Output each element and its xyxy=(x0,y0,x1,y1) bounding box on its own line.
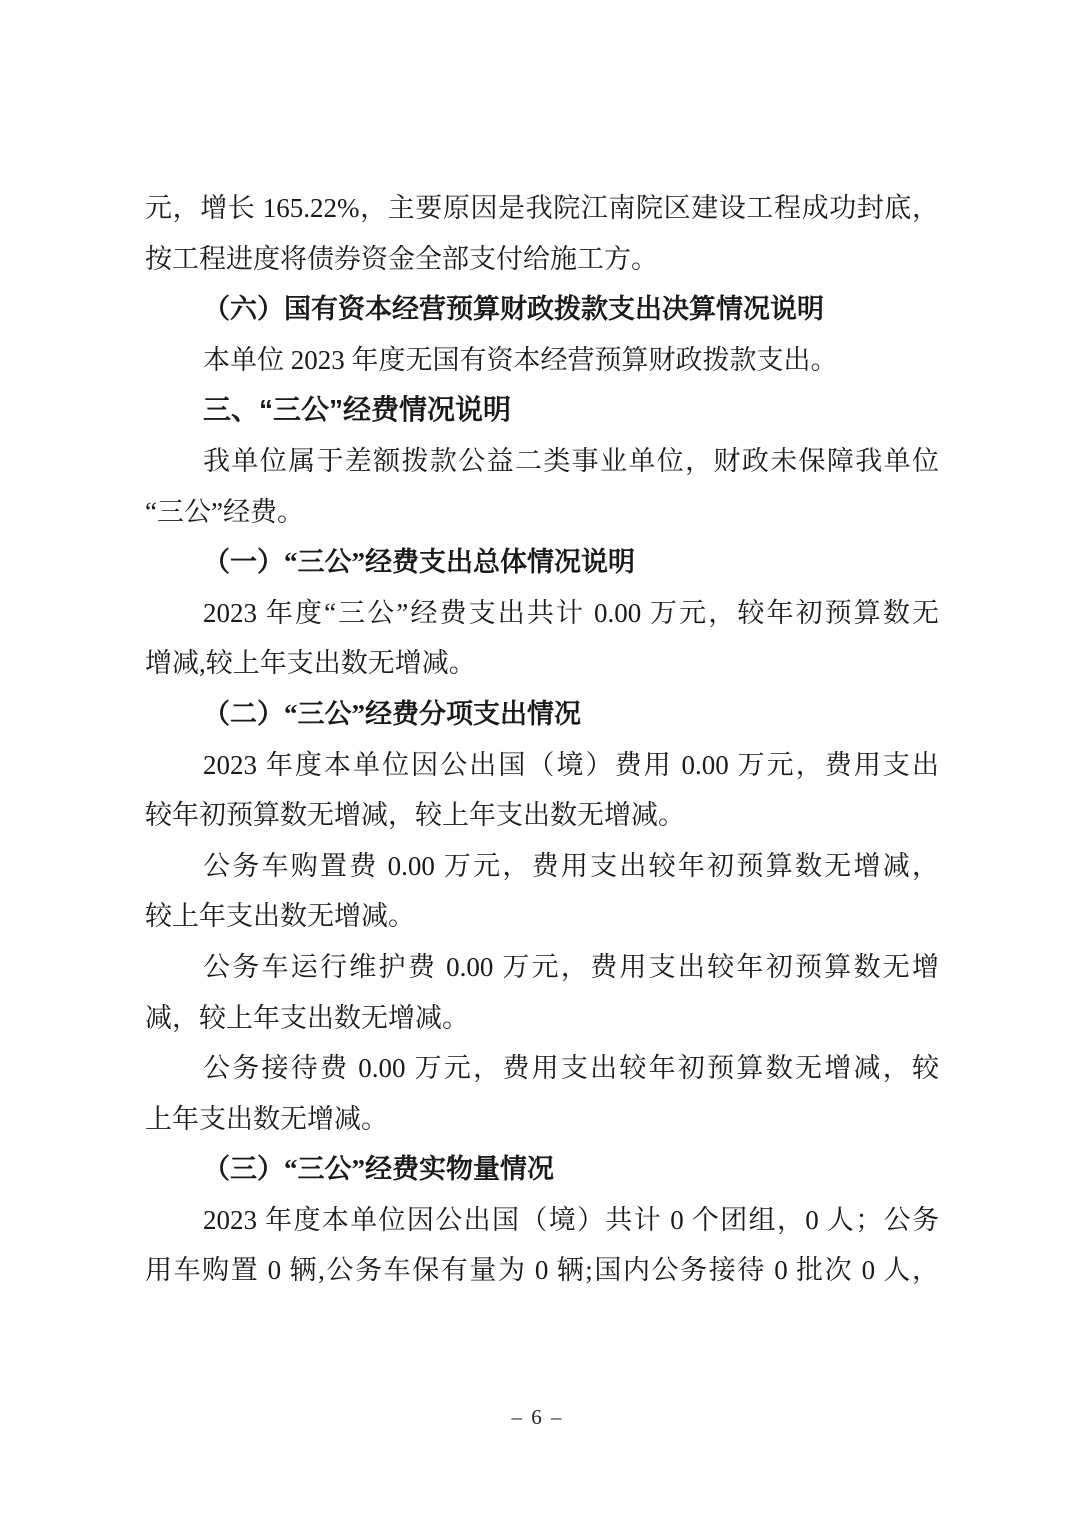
document-body: 元，增长 165.22%，主要原因是我院江南院区建设工程成功封底， 按工程进度将… xyxy=(145,183,939,1296)
text-line: 增减,较上年支出数无增减。 xyxy=(145,638,939,689)
text-line: 较年初预算数无增减，较上年支出数无增减。 xyxy=(145,790,939,841)
page-number: – 6 – xyxy=(512,1405,564,1429)
text-line: “三公”经费。 xyxy=(145,487,939,538)
section-heading: （一）“三公”经费支出总体情况说明 xyxy=(145,537,939,588)
section-heading: （三）“三公”经费实物量情况 xyxy=(145,1144,939,1195)
text-line: 2023 年度本单位因公出国（境）费用 0.00 万元，费用支出 xyxy=(145,740,939,791)
text-line: 减，较上年支出数无增减。 xyxy=(145,993,939,1044)
text-line: 我单位属于差额拨款公益二类事业单位，财政未保障我单位 xyxy=(145,436,939,487)
text-line: 公务车购置费 0.00 万元，费用支出较年初预算数无增减， xyxy=(145,841,939,892)
text-line: 较上年支出数无增减。 xyxy=(145,891,939,942)
text-line: 上年支出数无增减。 xyxy=(145,1094,939,1145)
chapter-heading: 三、“三公”经费情况说明 xyxy=(145,385,939,436)
text-line: 2023 年度“三公”经费支出共计 0.00 万元，较年初预算数无 xyxy=(145,588,939,639)
text-line: 用车购置 0 辆,公务车保有量为 0 辆;国内公务接待 0 批次 0 人， xyxy=(145,1245,939,1296)
section-heading: （二）“三公”经费分项支出情况 xyxy=(145,689,939,740)
text-line: 公务车运行维护费 0.00 万元，费用支出较年初预算数无增 xyxy=(145,942,939,993)
text-line: 2023 年度本单位因公出国（境）共计 0 个团组，0 人；公务 xyxy=(145,1195,939,1246)
document-page: 元，增长 165.22%，主要原因是我院江南院区建设工程成功封底， 按工程进度将… xyxy=(0,0,1075,1520)
text-line: 本单位 2023 年度无国有资本经营预算财政拨款支出。 xyxy=(145,335,939,386)
text-line: 公务接待费 0.00 万元，费用支出较年初预算数无增减，较 xyxy=(145,1043,939,1094)
text-line: 按工程进度将债券资金全部支付给施工方。 xyxy=(145,234,939,285)
text-line: 元，增长 165.22%，主要原因是我院江南院区建设工程成功封底， xyxy=(145,183,939,234)
page-footer: – 6 – xyxy=(0,1402,1075,1432)
section-heading: （六）国有资本经营预算财政拨款支出决算情况说明 xyxy=(145,284,939,335)
